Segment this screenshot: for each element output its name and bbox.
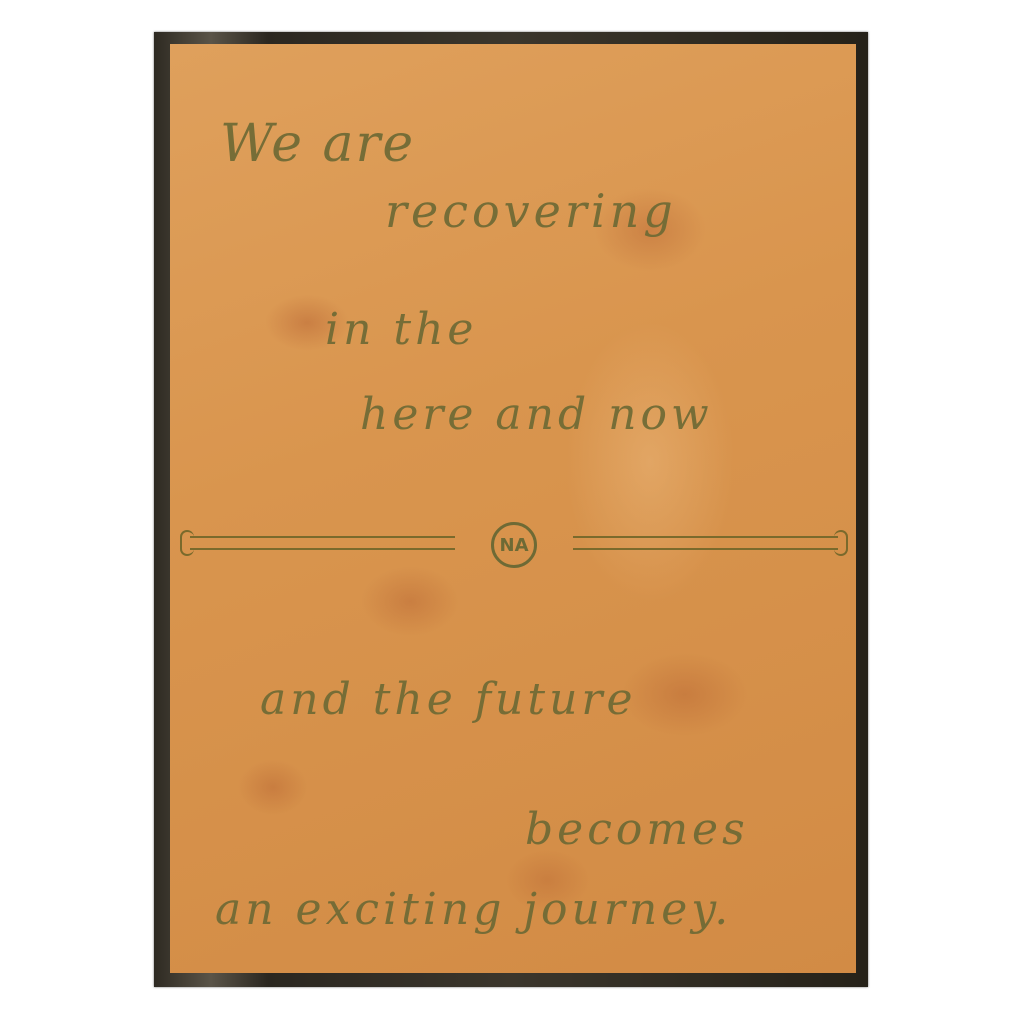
text-line-5: and the future (260, 674, 636, 725)
text-line-6: becomes (525, 804, 749, 855)
rule-right (573, 536, 838, 550)
text-line-4: here and now (360, 389, 713, 440)
text-line-2: recovering (385, 184, 677, 238)
burl-wood-panel: We are recovering in the here and now NA… (170, 44, 856, 973)
rule-left (190, 536, 455, 550)
ornamental-divider: NA (180, 522, 848, 562)
text-line-7: an exciting journey. (215, 884, 732, 935)
plaque-frame: We are recovering in the here and now NA… (154, 32, 868, 987)
na-logo-icon: NA (491, 522, 537, 568)
text-line-1: We are (220, 114, 415, 174)
text-line-3: in the (325, 304, 477, 355)
scroll-right-icon (834, 530, 848, 556)
